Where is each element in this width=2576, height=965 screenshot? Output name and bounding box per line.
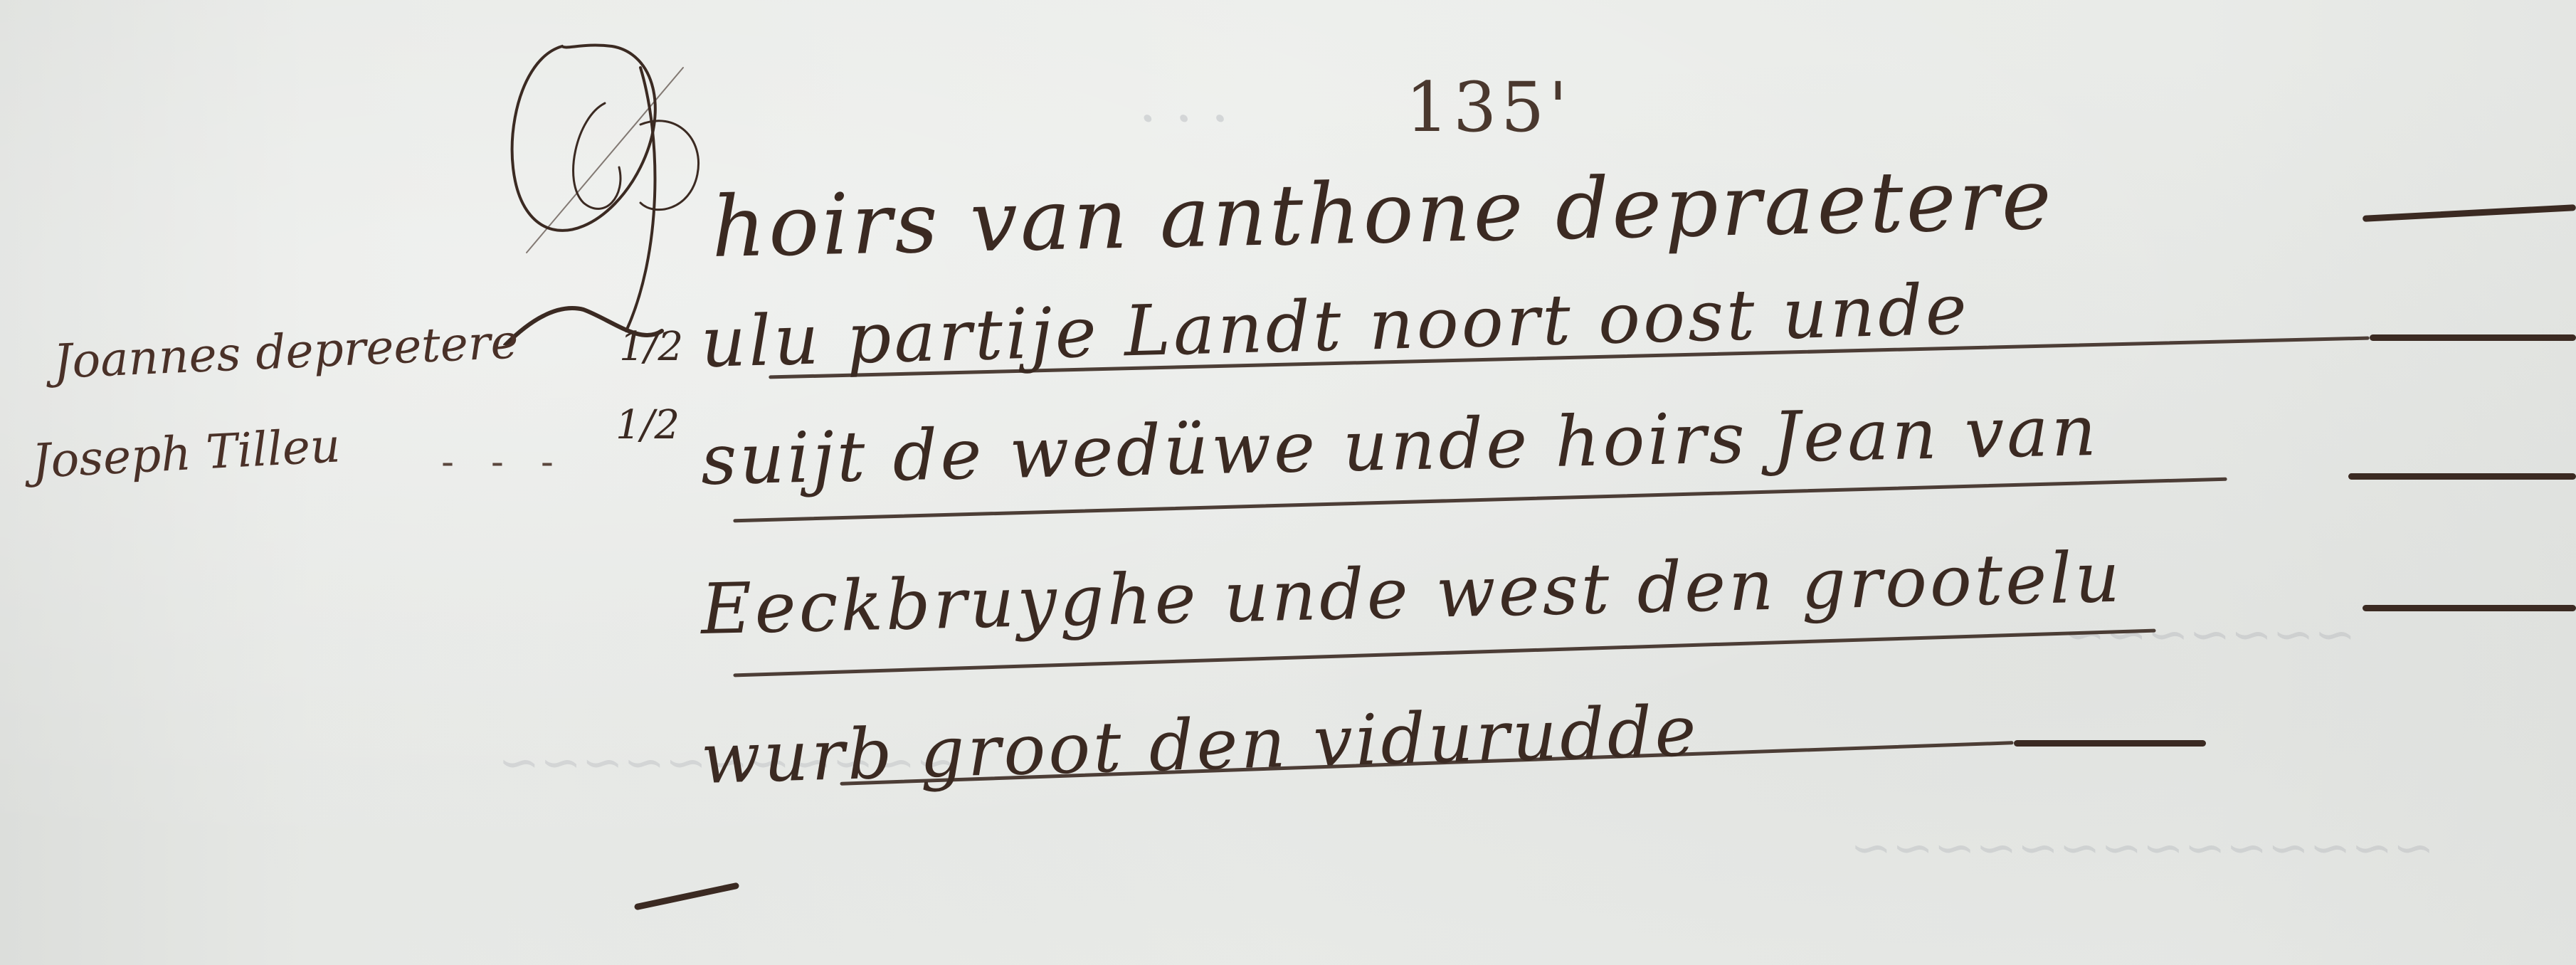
line-filler: [2363, 204, 2576, 222]
line-filler: [2014, 740, 2206, 747]
document-page: · · · ~~~~~~~~~~~ ~~~~~~~~~~~~~~ ~~~~~~~…: [0, 0, 2576, 965]
entry-line-1: ulu partije Landt noort oost unde: [700, 269, 1971, 384]
line-filler: [2370, 334, 2576, 341]
entry-heading: hoirs van anthone depraetere: [711, 149, 2055, 275]
folio-number-value: 135: [1405, 68, 1548, 147]
bleed-through-text: · · ·: [1139, 85, 1229, 152]
folio-mark: ': [1548, 68, 1571, 147]
share-fraction-1: 1/2: [619, 324, 683, 370]
calligraphic-initial-icon: [498, 39, 733, 345]
margin-note-owner-1: Joannes depreetere: [52, 315, 519, 389]
entry-line-2: suijt de wedüwe unde hoirs Jean van: [700, 391, 2100, 501]
margin-note-owner-2: Joseph Tilleu: [31, 418, 342, 489]
line-filler: [2348, 473, 2576, 480]
share-fraction-2: 1/2: [616, 402, 680, 448]
pen-stroke: [634, 882, 740, 911]
line-filler: [2363, 605, 2576, 611]
entry-line-3: Eeckbruyghe unde west den grootelu: [700, 537, 2123, 650]
folio-number: 135': [1405, 68, 1572, 147]
bleed-through-text: ~~~~~~~~~~~~~~: [1850, 818, 2434, 877]
margin-dash-leader: - - -: [441, 441, 566, 482]
